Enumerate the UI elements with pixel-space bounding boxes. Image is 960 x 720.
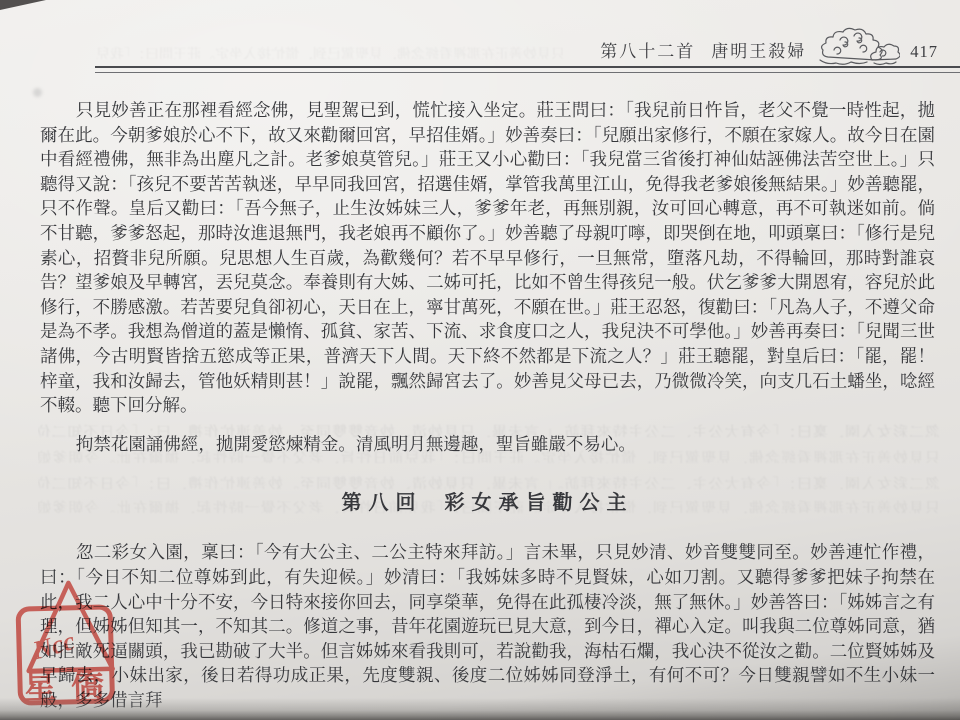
- book-page-scan: 只見妙善正在那裡看經念佛，見聖駕已到，慌忙接入坐定。莊王問曰：「我兒前日忤旨，老…: [0, 0, 960, 720]
- running-head-section: 第八十二首: [600, 42, 695, 61]
- page-number: 417: [910, 42, 938, 62]
- chapter-heading: 第八回彩女承旨勸公主: [40, 490, 935, 516]
- header-rule: [95, 66, 960, 73]
- closing-poem-line: 拘禁花園誦佛經，拋開愛慾煉精金。清風明月無邊趣，聖旨雖嚴不易心。: [40, 432, 935, 457]
- publisher-watermark-seal: Ncc 星 僑: [11, 579, 118, 710]
- seal-char-left: 星: [23, 668, 57, 706]
- chapter-number: 第八回: [342, 492, 423, 514]
- chapter-title: 彩女承旨勸公主: [445, 492, 634, 514]
- seal-char-right: 僑: [71, 667, 105, 705]
- story-paragraph-2: 忽二彩女入園，稟曰：「今有大公主、二公主特來拜訪。」言未畢，只見妙清、妙音雙雙同…: [40, 540, 935, 712]
- running-head-title: 唐明王殺婦: [711, 42, 806, 61]
- scan-corner-shadow: [0, 0, 46, 10]
- cloud-ornament-icon: [816, 26, 900, 66]
- page-body: 只見妙善正在那裡看經念佛，見聖駕已到，慌忙接入坐定。莊王問曰：「我兒前日忤旨，老…: [0, 73, 960, 712]
- page-header: 第八十二首唐明王殺婦 417: [0, 0, 960, 66]
- story-paragraph-1: 只見妙善正在那裡看經念佛，見聖駕已到，慌忙接入坐定。莊王問曰：「我兒前日忤旨，老…: [40, 98, 935, 418]
- seal-text-ncc: Ncc: [29, 626, 78, 666]
- running-head: 第八十二首唐明王殺婦: [600, 37, 806, 62]
